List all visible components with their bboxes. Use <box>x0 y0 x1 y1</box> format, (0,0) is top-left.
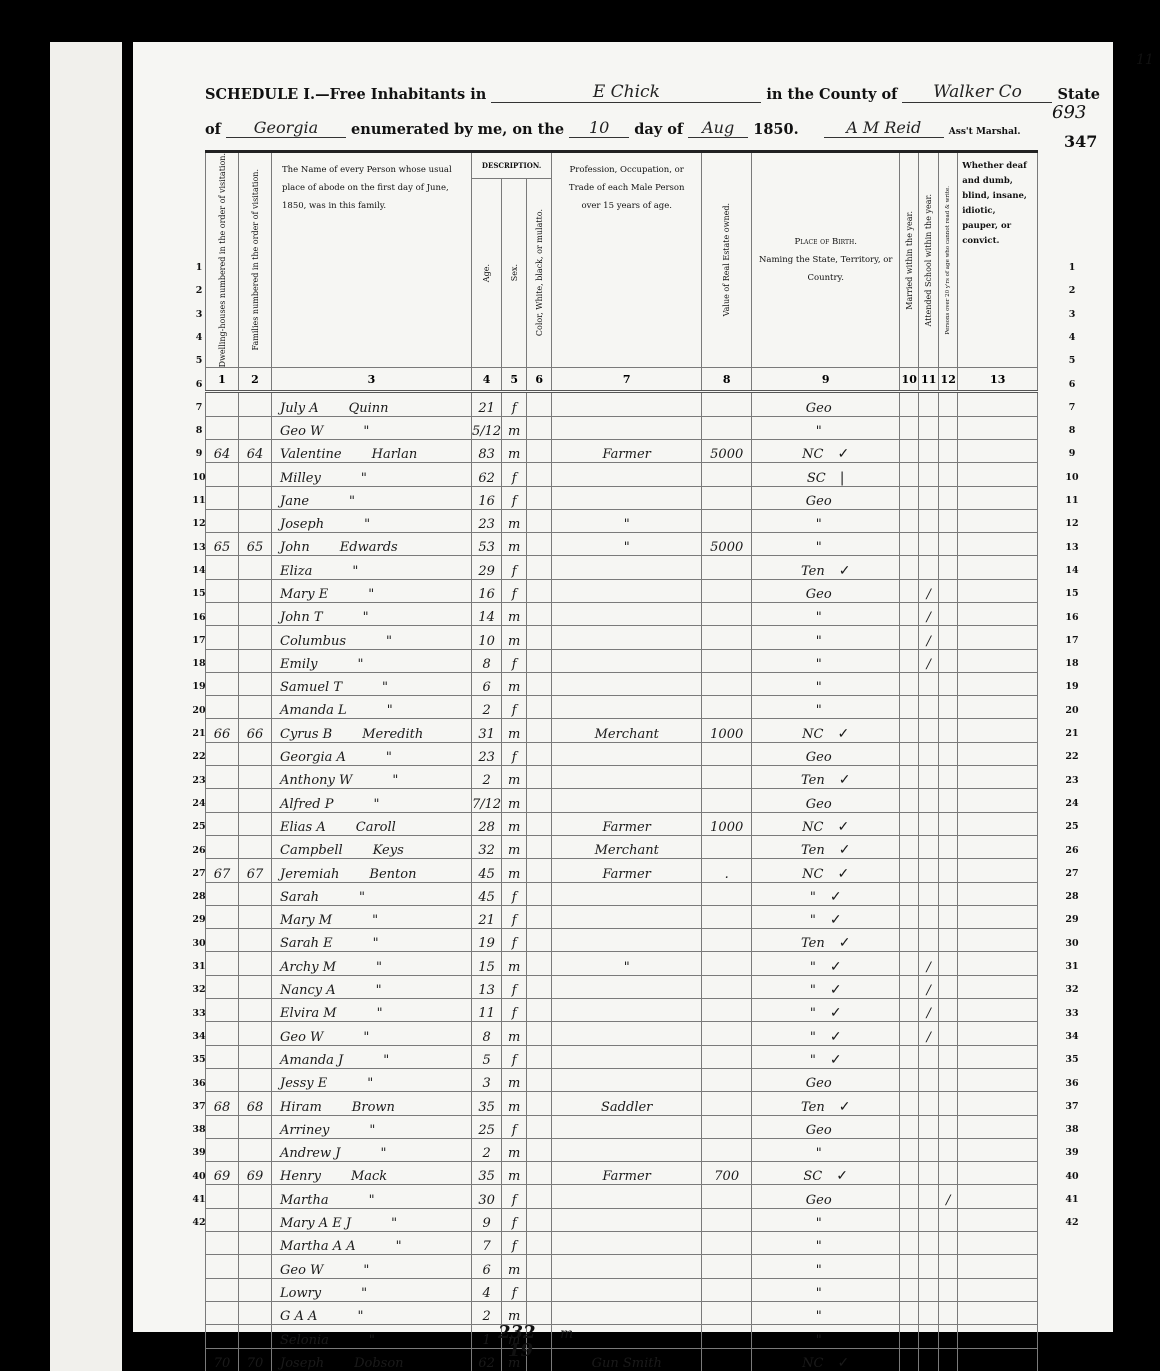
age-cell: 15 <box>472 952 502 975</box>
family-number <box>239 975 272 998</box>
color-cell <box>527 1185 552 1208</box>
line-number: 6 <box>1059 379 1085 390</box>
family-number <box>239 556 272 579</box>
line-number: 33 <box>1059 1008 1085 1019</box>
age-cell: 21 <box>472 392 502 416</box>
birthplace: Ten <box>801 773 825 788</box>
birthplace-cell: " <box>752 1208 900 1231</box>
family-number <box>239 952 272 975</box>
birthplace: Geo <box>806 1193 832 1208</box>
header-disability: Whether deaf and dumb, blind, insane, id… <box>958 152 1038 368</box>
illiterate-cell <box>939 579 958 602</box>
real-estate-cell <box>702 672 752 695</box>
person-name: July AQuinn <box>272 392 472 416</box>
given-name: Cyrus B <box>280 727 332 742</box>
sex-cell: f <box>502 1232 527 1255</box>
married-cell <box>900 1348 919 1371</box>
line-number: 11 <box>1059 495 1085 506</box>
birthplace: " <box>816 1146 822 1161</box>
line-number: 26 <box>1059 845 1085 856</box>
line-number: 38 <box>1059 1124 1085 1135</box>
person-name: G A A" <box>272 1301 472 1324</box>
age-cell: 83 <box>472 439 502 462</box>
school-cell <box>919 1325 939 1348</box>
surname: " <box>352 564 358 579</box>
person-name: Samuel T" <box>272 672 472 695</box>
stamped-page-number: 347 <box>1064 132 1097 151</box>
person-name: Mary M" <box>272 905 472 928</box>
person-name: Anthony W" <box>272 766 472 789</box>
color-cell <box>527 1068 552 1091</box>
school-cell <box>919 509 939 532</box>
header-married: Married within the year. <box>900 152 919 368</box>
illiterate-cell <box>939 1022 958 1045</box>
school-cell <box>919 1068 939 1091</box>
married-cell <box>900 789 919 812</box>
family-number <box>239 626 272 649</box>
occupation-cell: Gun Smith <box>552 1348 702 1371</box>
real-estate-cell: 5000 <box>702 533 752 556</box>
table-row: Lowry"4f" <box>206 1278 1038 1301</box>
occupation-cell <box>552 929 702 952</box>
family-number <box>239 742 272 765</box>
table-row: Sarah"45f"✓ <box>206 882 1038 905</box>
line-number: 41 <box>186 1194 212 1205</box>
given-name: Martha <box>280 1193 329 1208</box>
checkmark-icon: ✓ <box>838 819 850 835</box>
line-number: 25 <box>186 821 212 832</box>
married-cell <box>900 486 919 509</box>
birthplace-cell: "✓ <box>752 1045 900 1068</box>
illiterate-cell <box>939 1138 958 1161</box>
checkmark-icon: ✓ <box>830 1005 842 1021</box>
column-number-row: 1 2 3 4 5 6 7 8 9 10 11 12 13 <box>206 368 1038 392</box>
disability-cell <box>958 1185 1038 1208</box>
given-name: Mary E <box>280 587 328 602</box>
color-cell <box>527 533 552 556</box>
occupation-cell <box>552 1325 702 1348</box>
married-cell <box>900 1092 919 1115</box>
line-number: 34 <box>1059 1031 1085 1042</box>
age-cell: 45 <box>472 859 502 882</box>
table-row: Nancy A"13f"✓/ <box>206 975 1038 998</box>
census-body: July AQuinn21fGeoGeo W"5/12m"6464Valenti… <box>206 392 1038 1371</box>
color-cell <box>527 929 552 952</box>
real-estate-cell <box>702 1325 752 1348</box>
occupation-cell: " <box>552 533 702 556</box>
sex-cell: f <box>502 929 527 952</box>
table-row: Mary A E J"9f" <box>206 1208 1038 1231</box>
sex-cell: f <box>502 696 527 719</box>
married-cell <box>900 649 919 672</box>
school-cell <box>919 416 939 439</box>
year-label: 1850. <box>753 121 798 138</box>
birthplace: " <box>816 703 822 718</box>
occupation-cell <box>552 603 702 626</box>
family-number <box>239 1068 272 1091</box>
real-estate-cell <box>702 742 752 765</box>
illiterate-cell <box>939 1301 958 1324</box>
table-row: Milley"62fSC| <box>206 463 1038 486</box>
illiterate-cell <box>939 556 958 579</box>
birthplace-cell: Geo <box>752 486 900 509</box>
dwelling-number <box>206 1301 239 1324</box>
married-cell <box>900 952 919 975</box>
given-name: Joseph <box>280 1356 324 1371</box>
line-number: 2 <box>186 285 212 296</box>
given-name: July A <box>280 401 319 416</box>
table-row: Andrew J"2m" <box>206 1138 1038 1161</box>
school-cell: / <box>919 579 939 602</box>
person-name: Mary A E J" <box>272 1208 472 1231</box>
birthplace: " <box>816 610 822 625</box>
line-number: 1 <box>1059 262 1085 273</box>
table-row: Geo W"8m"✓/ <box>206 1022 1038 1045</box>
sex-cell: f <box>502 649 527 672</box>
real-estate-cell <box>702 416 752 439</box>
header-occupation: Profession, Occupation, or Trade of each… <box>552 152 702 368</box>
disability-cell <box>958 1301 1038 1324</box>
disability-cell <box>958 952 1038 975</box>
surname: " <box>373 797 379 812</box>
line-number: 8 <box>1059 425 1085 436</box>
given-name: Jessy E <box>280 1076 327 1091</box>
birthplace: " <box>810 983 816 998</box>
real-estate-cell <box>702 1278 752 1301</box>
color-cell <box>527 439 552 462</box>
color-cell <box>527 1162 552 1185</box>
given-name: Campbell <box>280 843 343 858</box>
place-field: E Chick <box>491 82 761 103</box>
sex-cell: m <box>502 603 527 626</box>
real-estate-cell <box>702 509 752 532</box>
occupation-cell <box>552 486 702 509</box>
real-estate-cell: 700 <box>702 1162 752 1185</box>
birthplace: " <box>816 634 822 649</box>
family-number: 68 <box>239 1092 272 1115</box>
surname: Edwards <box>340 540 398 555</box>
given-name: Archy M <box>280 960 336 975</box>
age-cell: 16 <box>472 486 502 509</box>
given-name: Lowry <box>280 1286 321 1301</box>
disability-cell <box>958 1045 1038 1068</box>
given-name: Mary M <box>280 913 332 928</box>
enumerated-label: enumerated by me, on the <box>351 121 564 138</box>
illiterate-cell <box>939 626 958 649</box>
checkmark-icon: ✓ <box>830 912 842 928</box>
of-label: of <box>205 121 221 138</box>
age-cell: 11 <box>472 999 502 1022</box>
birthplace-cell: NC✓ <box>752 439 900 462</box>
school-cell: / <box>919 626 939 649</box>
family-number <box>239 1115 272 1138</box>
table-row: Eliza"29fTen✓ <box>206 556 1038 579</box>
sex-cell: f <box>502 463 527 486</box>
line-number: 5 <box>1059 355 1085 366</box>
birthplace: Geo <box>806 587 832 602</box>
table-row: Anthony W"2mTen✓ <box>206 766 1038 789</box>
disability-cell <box>958 1138 1038 1161</box>
line-number: 11 <box>186 495 212 506</box>
person-name: John T" <box>272 603 472 626</box>
disability-cell <box>958 1092 1038 1115</box>
line-number: 4 <box>1059 332 1085 343</box>
real-estate-cell <box>702 392 752 416</box>
line-number: 4 <box>186 332 212 343</box>
surname: " <box>376 960 382 975</box>
sex-cell: f <box>502 1185 527 1208</box>
person-name: Milley" <box>272 463 472 486</box>
family-number <box>239 882 272 905</box>
birthplace: SC <box>803 1169 822 1184</box>
person-name: ValentineHarlan <box>272 439 472 462</box>
surname: " <box>383 1053 389 1068</box>
family-number <box>239 1278 272 1301</box>
disability-cell <box>958 882 1038 905</box>
surname: " <box>369 1123 375 1138</box>
birthplace-cell: " <box>752 1138 900 1161</box>
table-row: Elvira M"11f"✓/ <box>206 999 1038 1022</box>
school-cell <box>919 929 939 952</box>
birthplace: " <box>816 517 822 532</box>
sex-cell: m <box>502 533 527 556</box>
person-name: Nancy A" <box>272 975 472 998</box>
sex-cell: f <box>502 1115 527 1138</box>
family-number <box>239 999 272 1022</box>
given-name: Elias A <box>280 820 326 835</box>
line-number: 18 <box>186 658 212 669</box>
married-cell <box>900 392 919 416</box>
line-number: 26 <box>186 845 212 856</box>
age-cell: 25 <box>472 1115 502 1138</box>
real-estate-cell <box>702 1022 752 1045</box>
school-cell <box>919 672 939 695</box>
line-number: 33 <box>186 1008 212 1019</box>
birthplace-cell: Ten✓ <box>752 766 900 789</box>
table-row: John T"14m"/ <box>206 603 1038 626</box>
line-number: 28 <box>186 891 212 902</box>
sex-cell: m <box>502 719 527 742</box>
age-cell: 53 <box>472 533 502 556</box>
married-cell <box>900 975 919 998</box>
married-cell <box>900 905 919 928</box>
color-cell <box>527 556 552 579</box>
given-name: Henry <box>280 1169 321 1184</box>
age-cell: 45 <box>472 882 502 905</box>
disability-cell <box>958 1115 1038 1138</box>
line-number: 23 <box>1059 775 1085 786</box>
header-age: Age. <box>472 178 502 368</box>
surname: " <box>368 587 374 602</box>
line-number: 29 <box>1059 914 1085 925</box>
disability-cell <box>958 486 1038 509</box>
school-cell <box>919 463 939 486</box>
person-name: Martha A A" <box>272 1232 472 1255</box>
line-number: 39 <box>186 1147 212 1158</box>
surname: " <box>363 1030 369 1045</box>
occupation-cell <box>552 1022 702 1045</box>
handwritten-page-number: 693 <box>1052 102 1086 123</box>
school-cell <box>919 439 939 462</box>
dwelling-number <box>206 1278 239 1301</box>
given-name: Valentine <box>280 447 342 462</box>
birthplace-cell: " <box>752 672 900 695</box>
birthplace-cell: "✓ <box>752 1022 900 1045</box>
school-cell <box>919 859 939 882</box>
line-number: 35 <box>1059 1054 1085 1065</box>
surname: " <box>376 983 382 998</box>
day-of-label: day of <box>634 121 683 138</box>
table-row: 6666Cyrus BMeredith31mMerchant1000NC✓ <box>206 719 1038 742</box>
age-cell: 8 <box>472 649 502 672</box>
checkmark-icon: ✓ <box>838 726 850 742</box>
table-row: Martha A A"7f" <box>206 1232 1038 1255</box>
family-number <box>239 1045 272 1068</box>
birthplace: " <box>816 1239 822 1254</box>
surname: " <box>357 1309 363 1324</box>
color-cell <box>527 1208 552 1231</box>
birthplace: Ten <box>801 1100 825 1115</box>
real-estate-cell <box>702 603 752 626</box>
surname: " <box>386 634 392 649</box>
line-number: 34 <box>186 1031 212 1042</box>
color-cell <box>527 509 552 532</box>
family-number <box>239 1208 272 1231</box>
school-cell <box>919 1301 939 1324</box>
illiterate-cell <box>939 789 958 812</box>
table-row: G A A"2m" <box>206 1301 1038 1324</box>
sex-cell: f <box>502 905 527 928</box>
line-number: 32 <box>1059 984 1085 995</box>
given-name: Nancy A <box>280 983 336 998</box>
birthplace: " <box>816 1286 822 1301</box>
disability-cell <box>958 766 1038 789</box>
disability-cell <box>958 1022 1038 1045</box>
line-number: 37 <box>1059 1101 1085 1112</box>
color-cell <box>527 486 552 509</box>
table-row: Amanda L"2f" <box>206 696 1038 719</box>
table-row: Samuel T"6m" <box>206 672 1038 695</box>
disability-cell <box>958 626 1038 649</box>
family-number: 67 <box>239 859 272 882</box>
school-cell <box>919 1348 939 1371</box>
dwelling-number <box>206 1232 239 1255</box>
age-cell: 23 <box>472 509 502 532</box>
color-cell <box>527 1045 552 1068</box>
illiterate-cell <box>939 696 958 719</box>
occupation-cell <box>552 1068 702 1091</box>
illiterate-cell <box>939 1092 958 1115</box>
birthplace: Geo <box>806 750 832 765</box>
birthplace-cell: " <box>752 603 900 626</box>
illiterate-cell <box>939 1115 958 1138</box>
birthplace-cell: " <box>752 1278 900 1301</box>
birthplace: " <box>816 1333 822 1348</box>
checkmark-icon: ✓ <box>839 1099 851 1115</box>
occupation-cell <box>552 556 702 579</box>
color-cell <box>527 1138 552 1161</box>
family-number <box>239 392 272 416</box>
school-cell <box>919 1255 939 1278</box>
real-estate-cell: 1000 <box>702 719 752 742</box>
line-number: 41 <box>1059 1194 1085 1205</box>
age-cell: 9 <box>472 1208 502 1231</box>
birthplace-cell: " <box>752 1325 900 1348</box>
table-row: Martha"30fGeo/ <box>206 1185 1038 1208</box>
surname: " <box>357 657 363 672</box>
line-number: 40 <box>1059 1171 1085 1182</box>
given-name: Geo W <box>280 1030 323 1045</box>
dwelling-number: 70 <box>206 1348 239 1371</box>
occupation-cell <box>552 882 702 905</box>
disability-cell <box>958 859 1038 882</box>
footer-mark: m <box>560 1326 573 1342</box>
real-estate-cell <box>702 1255 752 1278</box>
given-name: Milley <box>280 471 321 486</box>
age-cell: 35 <box>472 1092 502 1115</box>
age-cell: 32 <box>472 835 502 858</box>
real-estate-cell <box>702 1301 752 1324</box>
real-estate-cell <box>702 882 752 905</box>
line-number: 25 <box>1059 821 1085 832</box>
color-cell <box>527 579 552 602</box>
married-cell <box>900 835 919 858</box>
surname: " <box>364 517 370 532</box>
color-cell <box>527 1115 552 1138</box>
person-name: JeremiahBenton <box>272 859 472 882</box>
illiterate-cell <box>939 859 958 882</box>
color-cell <box>527 882 552 905</box>
family-number: 66 <box>239 719 272 742</box>
birthplace: Geo <box>806 797 832 812</box>
illiterate-cell <box>939 463 958 486</box>
given-name: Sarah <box>280 890 319 905</box>
occupation-cell <box>552 905 702 928</box>
person-name: Geo W" <box>272 1022 472 1045</box>
line-number: 27 <box>1059 868 1085 879</box>
disability-cell <box>958 905 1038 928</box>
color-cell <box>527 1232 552 1255</box>
table-row: Jessy E"3mGeo <box>206 1068 1038 1091</box>
age-cell: 23 <box>472 742 502 765</box>
header-name: The Name of every Person whose usual pla… <box>272 152 472 368</box>
person-name: Elias ACaroll <box>272 812 472 835</box>
married-cell <box>900 439 919 462</box>
illiterate-cell <box>939 835 958 858</box>
birthplace: Geo <box>806 1076 832 1091</box>
school-cell <box>919 789 939 812</box>
marshal-signature: A M Reid <box>824 118 944 138</box>
birthplace: NC <box>802 820 823 835</box>
age-cell: 16 <box>472 579 502 602</box>
checkmark-icon: ✓ <box>836 1168 848 1184</box>
line-number: 39 <box>1059 1147 1085 1158</box>
illiterate-cell <box>939 392 958 416</box>
sex-cell: m <box>502 416 527 439</box>
line-number: 30 <box>186 938 212 949</box>
disability-cell <box>958 975 1038 998</box>
birthplace-cell: "✓ <box>752 952 900 975</box>
birthplace-cell: Ten✓ <box>752 556 900 579</box>
line-number: 15 <box>1059 588 1085 599</box>
line-number: 8 <box>186 425 212 436</box>
birthplace-cell: " <box>752 1301 900 1324</box>
line-number: 42 <box>1059 1217 1085 1228</box>
sex-cell: f <box>502 486 527 509</box>
margin-note-top-right: 11 <box>1136 52 1154 68</box>
occupation-cell <box>552 1301 702 1324</box>
illiterate-cell <box>939 905 958 928</box>
